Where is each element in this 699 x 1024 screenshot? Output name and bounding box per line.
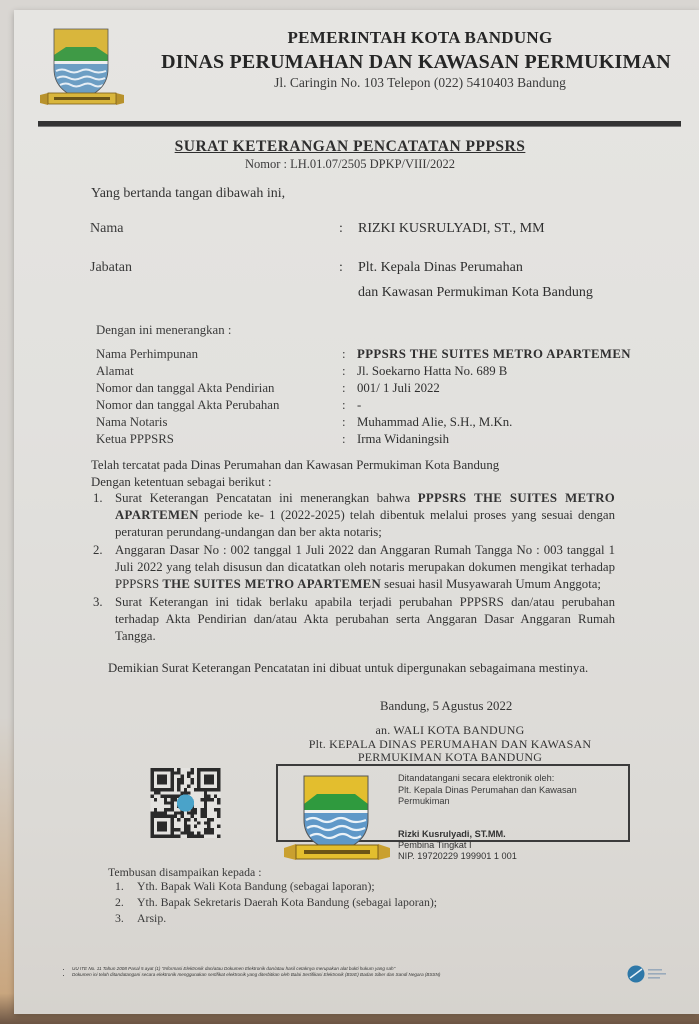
document-number: Nomor : LH.01.07/2505 DPKP/VIII/2022 [150,157,550,172]
bsre-logo-icon [626,963,672,985]
detail-value: Muhammad Alie, S.H., M.Kn. [357,415,512,430]
header-divider [38,121,681,127]
detail-label: Ketua PPPSRS [96,432,174,447]
signer-name-value: RIZKI KUSRULYADI, ST., MM [358,221,545,237]
detail-label: Nomor dan tanggal Akta Pendirian [96,381,274,396]
conditions-list: 1.Surat Keterangan Pencatatan ini menera… [93,490,615,646]
footer-note: Dokumen ini telah ditandatangani secara … [72,972,602,978]
esign-line-2: Plt. Kepala Dinas Perumahan dan Kawasan [398,785,577,797]
carbon-copy-item: 2.Yth. Bapak Sekretaris Daerah Kota Band… [115,894,437,910]
signer-position-label: Jabatan [90,260,132,276]
esign-statement: Ditandatangani secara elektronik oleh: P… [398,773,577,808]
esign-signer-nip: NIP. 19720229 199901 1 001 [398,851,517,862]
on-behalf-of: an. WALI KOTA BANDUNG [300,724,600,738]
esign-signer-name: Rizki Kusrulyadi, ST.MM. [398,829,517,840]
signer-position-value: Plt. Kepala Dinas Perumahan [358,260,523,276]
esign-line-3: Permukiman [398,796,577,808]
colon: : [342,364,346,379]
detail-value: Jl. Soekarno Hatta No. 689 B [357,364,507,379]
detail-label: Alamat [96,364,134,379]
colon: : [339,221,343,237]
carbon-copy-list: 1.Yth. Bapak Wali Kota Bandung (sebagai … [115,878,437,926]
header-address: Jl. Caringin No. 103 Telepon (022) 54104… [140,75,699,91]
document-title: SURAT KETERANGAN PENCATATAN PPPSRS [150,138,550,156]
esign-line-1: Ditandatangani secara elektronik oleh: [398,773,577,785]
colon: : [342,432,346,447]
esign-signer-rank: Pembina Tingkat I [398,840,517,851]
closing-statement: Demikian Surat Keterangan Pencatatan ini… [108,660,618,677]
colon: : [339,260,343,276]
conditions-intro: Dengan ketentuan sebagai berikut : [91,474,621,491]
position-line-2: PERMUKIMAN KOTA BANDUNG [300,751,600,765]
signer-name-label: Nama [90,221,123,237]
detail-value: PPPSRS THE SUITES METRO APARTEMEN [357,347,631,362]
condition-item: 2.Anggaran Dasar No : 002 tanggal 1 Juli… [93,542,615,593]
detail-value: Irma Widaningsih [357,432,449,447]
detail-value: - [357,398,361,413]
colon: : [342,381,346,396]
explains-text: Dengan ini menerangkan : [96,323,231,338]
signature-authority: an. WALI KOTA BANDUNG Plt. KEPALA DINAS … [300,724,600,765]
condition-item: 1.Surat Keterangan Pencatatan ini menera… [93,490,615,541]
detail-value: 001/ 1 Juli 2022 [357,381,440,396]
detail-label: Nama Notaris [96,415,167,430]
signer-position-value-line2: dan Kawasan Permukiman Kota Bandung [358,285,593,301]
bandung-coat-of-arms-icon [38,27,126,107]
carbon-copy-item: 1.Yth. Bapak Wali Kota Bandung (sebagai … [115,878,437,894]
position-line-1: Plt. KEPALA DINAS PERUMAHAN DAN KAWASAN [300,738,600,752]
carbon-copy-item: 3.Arsip. [115,910,437,926]
intro-text: Yang bertanda tangan dibawah ini, [91,186,285,202]
bandung-coat-of-arms-icon [282,770,392,862]
colon: : [342,415,346,430]
qr-code-icon[interactable] [149,768,222,838]
condition-item: 3.Surat Keterangan ini tidak berlaku apa… [93,594,615,645]
detail-label: Nama Perhimpunan [96,347,198,362]
header-government: PEMERINTAH KOTA BANDUNG [140,28,699,48]
recorded-statement: Telah tercatat pada Dinas Perumahan dan … [91,457,621,474]
detail-label: Nomor dan tanggal Akta Perubahan [96,398,279,413]
colon: : [342,398,346,413]
signature-place-date: Bandung, 5 Agustus 2022 [380,699,512,714]
esign-signer: Rizki Kusrulyadi, ST.MM. Pembina Tingkat… [398,829,517,862]
colon: : [342,347,346,362]
header-agency: DINAS PERUMAHAN DAN KAWASAN PERMUKIMAN [136,51,696,74]
footer-notes: UU ITE No. 11 Tahun 2008 Pasal 5 ayat (1… [62,966,602,978]
